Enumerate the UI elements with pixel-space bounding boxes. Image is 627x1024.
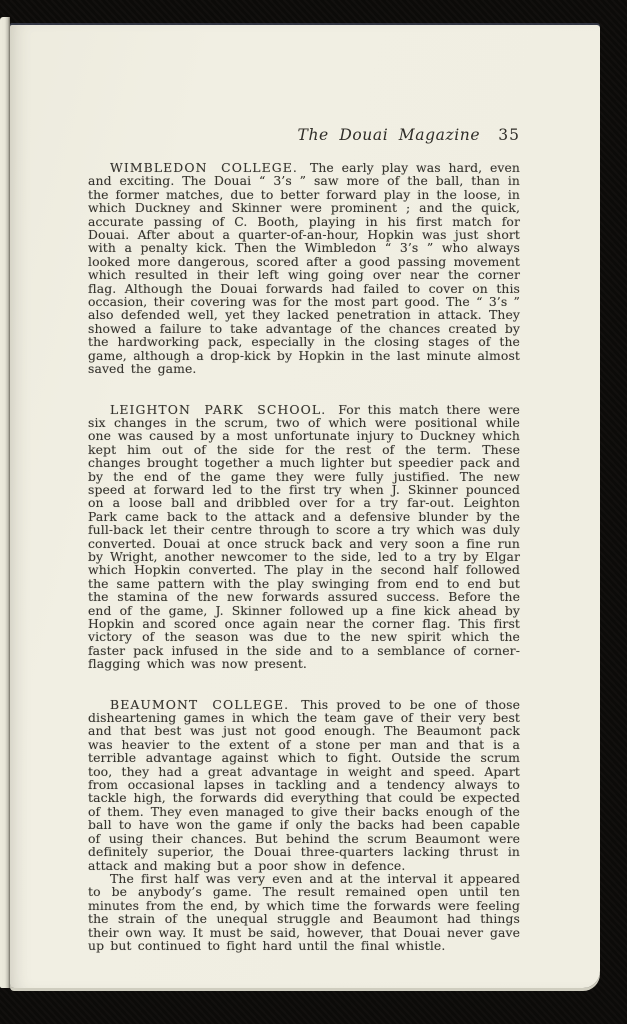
section-leighton-park-school: LEIGHTON PARK SCHOOL.For this match ther… [88,403,520,671]
section-wimbledon-college: WIMBLEDON COLLEGE.The early play was har… [88,161,520,376]
magazine-page: The Douai Magazine 35 WIMBLEDON COLLEGE.… [10,25,600,988]
section-beaumont-college: BEAUMONT COLLEGE.This proved to be one o… [88,698,520,872]
section-body: For this match there were six changes in… [88,402,520,672]
journal-title: The Douai Magazine [298,126,481,144]
page-number: 35 [498,126,520,144]
section-body: This proved to be one of those dishearte… [88,697,520,873]
section-beaumont-college-continued: The first half was very even and at the … [88,872,520,952]
facing-page-edge [0,17,10,988]
scanned-page-view: The Douai Magazine 35 WIMBLEDON COLLEGE.… [0,0,627,1024]
running-header: The Douai Magazine 35 [88,125,520,145]
section-body: The early play was hard, even and exciti… [88,160,520,376]
section-body: The first half was very even and at the … [88,871,520,953]
